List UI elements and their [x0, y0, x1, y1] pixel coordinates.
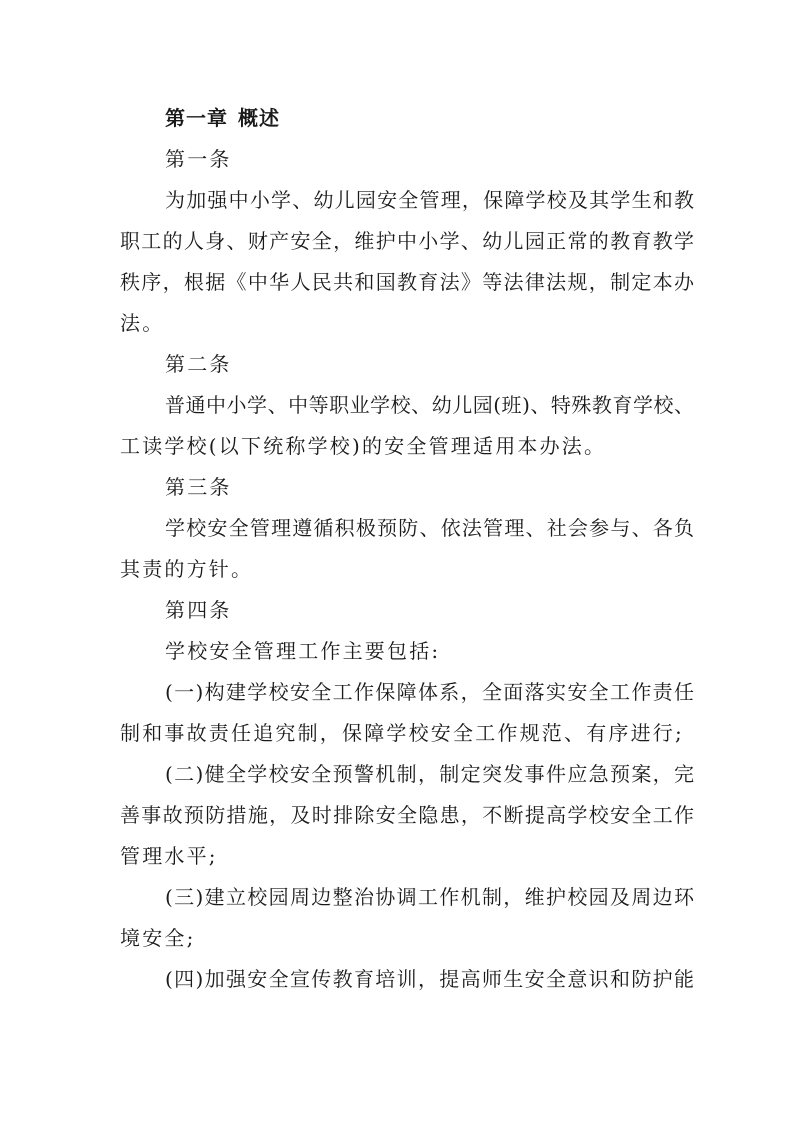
paragraph-line: 普通中小学、中等职业学校、幼儿园(班)、特殊教育学校、	[120, 385, 694, 426]
paragraph-line: 秩序，根据《中华人民共和国教育法》等法律法规，制定本办	[120, 262, 694, 303]
list-item-line: 善事故预防措施，及时排除安全隐患，不断提高学校安全工作	[120, 795, 694, 836]
article-heading: 第四条	[120, 590, 694, 631]
article-heading: 第三条	[120, 467, 694, 508]
document-page: 第一章概述 第一条 为加强中小学、幼儿园安全管理，保障学校及其学生和教 职工的人…	[120, 98, 694, 1000]
paragraph-line: 为加强中小学、幼儿园安全管理，保障学校及其学生和教	[120, 180, 694, 221]
list-item-line: (三)建立校园周边整治协调工作机制，维护校园及周边环	[120, 877, 694, 918]
paragraph-line: 其责的方针。	[120, 549, 694, 590]
paragraph-line: 法。	[120, 303, 694, 344]
paragraph-line: 学校安全管理工作主要包括:	[120, 631, 694, 672]
paragraph-line: 职工的人身、财产安全，维护中小学、幼儿园正常的教育教学	[120, 221, 694, 262]
paragraph-line: 学校安全管理遵循积极预防、依法管理、社会参与、各负	[120, 508, 694, 549]
paragraph-line: 工读学校(以下统称学校)的安全管理适用本办法。	[120, 426, 694, 467]
list-item-line: (一)构建学校安全工作保障体系，全面落实安全工作责任	[120, 672, 694, 713]
chapter-heading: 第一章概述	[120, 98, 694, 139]
article-heading: 第二条	[120, 344, 694, 385]
list-item-line: 制和事故责任追究制，保障学校安全工作规范、有序进行;	[120, 713, 694, 754]
list-item-line: 管理水平;	[120, 836, 694, 877]
list-item-line: (二)健全学校安全预警机制，制定突发事件应急预案，完	[120, 754, 694, 795]
list-item-line: (四)加强安全宣传教育培训，提高师生安全意识和防护能	[120, 959, 694, 1000]
chapter-number: 第一章	[165, 106, 228, 130]
list-item-line: 境安全;	[120, 918, 694, 959]
article-heading: 第一条	[120, 139, 694, 180]
chapter-title: 概述	[238, 106, 280, 130]
